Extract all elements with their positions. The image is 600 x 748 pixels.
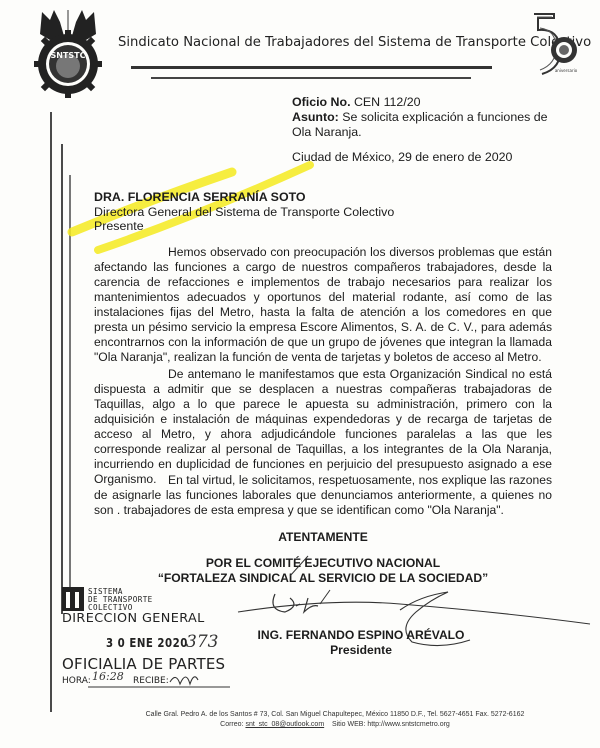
committee-name: POR EL COMITÉ EJECUTIVO NACIONAL [94, 556, 552, 571]
addressee-name: DRA. FLORENCIA SERRANÍA SOTO [94, 190, 394, 205]
anniversary-logo-icon: aniversario [528, 10, 580, 82]
web-label: Sitio WEB: [332, 721, 365, 728]
organization-name: Sindicato Nacional de Trabajadores del S… [118, 35, 591, 50]
stamp-office: OFICIALIA DE PARTES [62, 655, 225, 673]
closing-salutation: ATENTAMENTE [94, 530, 552, 544]
svg-text:SNTSTC: SNTSTC [50, 51, 85, 60]
union-motto: “FORTALEZA SINDICAL AL SERVICIO DE LA SO… [94, 571, 552, 586]
reference-block: Oficio No. CEN 112/20 Asunto: Se solicit… [292, 95, 552, 140]
footer-contact: Correo: snt_stc_08@outlook.com Sitio WEB… [110, 721, 560, 728]
signer-role: Presidente [236, 643, 486, 658]
margin-line [69, 175, 71, 595]
metro-logo-icon [62, 587, 84, 611]
margin-line [50, 112, 52, 712]
header-rule-secondary [151, 77, 471, 79]
stamp-department: DIRECCION GENERAL [62, 611, 205, 626]
addressee-block: DRA. FLORENCIA SERRANÍA SOTO Directora G… [94, 190, 394, 234]
stamp-recibe-label: RECIBE: [133, 676, 169, 686]
addressee-greeting: Presente [94, 219, 394, 234]
letter-page: SNTSTC Sindicato Nacional de Trabajadore… [0, 0, 600, 748]
asunto-line: Asunto: Se solicita explicación a funcio… [292, 110, 552, 140]
svg-text:aniversario: aniversario [555, 68, 578, 73]
body-paragraph: De antemano le manifestamos que esta Org… [94, 367, 552, 487]
body-paragraph: En tal virtud, le solicitamos, respetuos… [94, 473, 552, 518]
addressee-title: Directora General del Sistema de Transpo… [94, 205, 394, 220]
email-label: Correo: [220, 721, 243, 728]
asunto-label: Asunto: [292, 110, 339, 124]
stamp-folio: 373 [186, 632, 218, 652]
stamp-hora-label: HORA: [62, 676, 91, 686]
email-link[interactable]: snt_stc_08@outlook.com [245, 721, 324, 728]
stamp-received-date: 3 0 ENE 2020 [106, 636, 188, 650]
oficio-number: CEN 112/20 [354, 95, 421, 109]
committee-block: POR EL COMITÉ EJECUTIVO NACIONAL “FORTAL… [94, 556, 552, 586]
body-paragraph: Hemos observado con preocupación los div… [94, 245, 552, 365]
signer-name: ING. FERNANDO ESPINO ARÉVALO [236, 628, 486, 643]
stamp-organization: SISTEMA DE TRANSPORTE COLECTIVO [88, 588, 153, 611]
margin-line [61, 144, 63, 614]
web-link[interactable]: http://www.sntstcmetro.org [367, 721, 449, 728]
letter-date: Ciudad de México, 29 de enero de 2020 [292, 150, 512, 164]
oficio-label: Oficio No. [292, 95, 351, 109]
signer-block: ING. FERNANDO ESPINO ARÉVALO Presidente [236, 628, 486, 658]
stamp-hora-value: 16:28 [92, 670, 124, 683]
header-rule [131, 66, 492, 69]
union-logo-icon: SNTSTC [30, 6, 106, 98]
footer-address: Calle Gral. Pedro A. de los Santos # 73,… [110, 711, 560, 718]
oficio-line: Oficio No. CEN 112/20 [292, 95, 552, 110]
